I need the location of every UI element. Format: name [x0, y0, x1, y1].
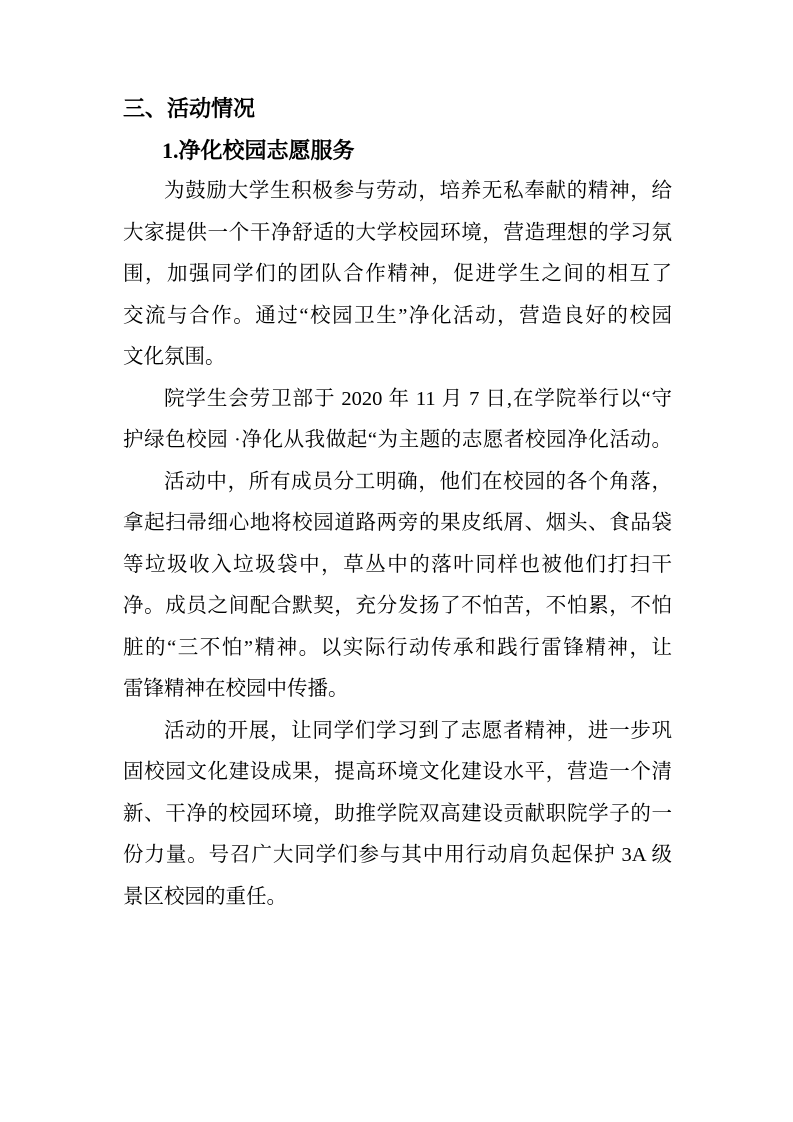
- text-line: 等垃圾收入垃圾袋中，草丛中的落叶同样也被他们打扫干: [123, 545, 672, 587]
- text-line: 拿起扫帚细心地将校园道路两旁的果皮纸屑、烟头、食品袋: [123, 503, 672, 545]
- text-line: 文化氛围。: [123, 337, 672, 379]
- text-line: 景区校园的重任。: [123, 877, 672, 919]
- text-line: 脏的“三不怕”精神。以实际行动传承和践行雷锋精神，让: [123, 628, 672, 670]
- document-page: 三、活动情况 1.净化校园志愿服务 为鼓励大学生积极参与劳动，培养无私奉献的精神…: [0, 0, 793, 1122]
- text-line: 活动中，所有成员分工明确，他们在校园的各个角落，: [123, 462, 672, 504]
- text-line: 净。成员之间配合默契，充分发扬了不怕苦，不怕累，不怕: [123, 586, 672, 628]
- text-line: 大家提供一个干净舒适的大学校园环境，营造理想的学习氛: [123, 213, 672, 255]
- document-content: 三、活动情况 1.净化校园志愿服务 为鼓励大学生积极参与劳动，培养无私奉献的精神…: [123, 88, 672, 918]
- paragraph: 院学生会劳卫部于 2020 年 11 月 7 日,在学院举行以“守护绿色校园 ·…: [123, 379, 672, 462]
- text-line: 院学生会劳卫部于 2020 年 11 月 7 日,在学院举行以“守: [123, 379, 672, 421]
- body-paragraphs: 为鼓励大学生积极参与劳动，培养无私奉献的精神，给大家提供一个干净舒适的大学校园环…: [123, 171, 672, 918]
- text-line: 活动的开展，让同学们学习到了志愿者精神，进一步巩: [123, 711, 672, 753]
- document-body: { "document": { "heading": "三、活动情况", "su…: [0, 0, 793, 1122]
- paragraph: 为鼓励大学生积极参与劳动，培养无私奉献的精神，给大家提供一个干净舒适的大学校园环…: [123, 171, 672, 379]
- paragraph: 活动的开展，让同学们学习到了志愿者精神，进一步巩固校园文化建设成果，提高环境文化…: [123, 711, 672, 919]
- text-line: 护绿色校园 ·净化从我做起“为主题的志愿者校园净化活动。: [123, 420, 672, 462]
- text-line: 交流与合作。通过“校园卫生”净化活动，营造良好的校园: [123, 296, 672, 338]
- sub-heading: 1.净化校园志愿服务: [123, 130, 672, 172]
- section-heading: 三、活动情况: [123, 88, 672, 130]
- paragraph: 活动中，所有成员分工明确，他们在校园的各个角落，拿起扫帚细心地将校园道路两旁的果…: [123, 462, 672, 711]
- text-line: 新、干净的校园环境，助推学院双高建设贡献职院学子的一: [123, 794, 672, 836]
- text-line: 份力量。号召广大同学们参与其中用行动肩负起保护 3A 级: [123, 835, 672, 877]
- text-line: 围，加强同学们的团队合作精神，促进学生之间的相互了解、: [123, 254, 672, 296]
- text-line: 为鼓励大学生积极参与劳动，培养无私奉献的精神，给: [123, 171, 672, 213]
- text-line: 固校园文化建设成果，提高环境文化建设水平，营造一个清: [123, 752, 672, 794]
- text-line: 雷锋精神在校园中传播。: [123, 669, 672, 711]
